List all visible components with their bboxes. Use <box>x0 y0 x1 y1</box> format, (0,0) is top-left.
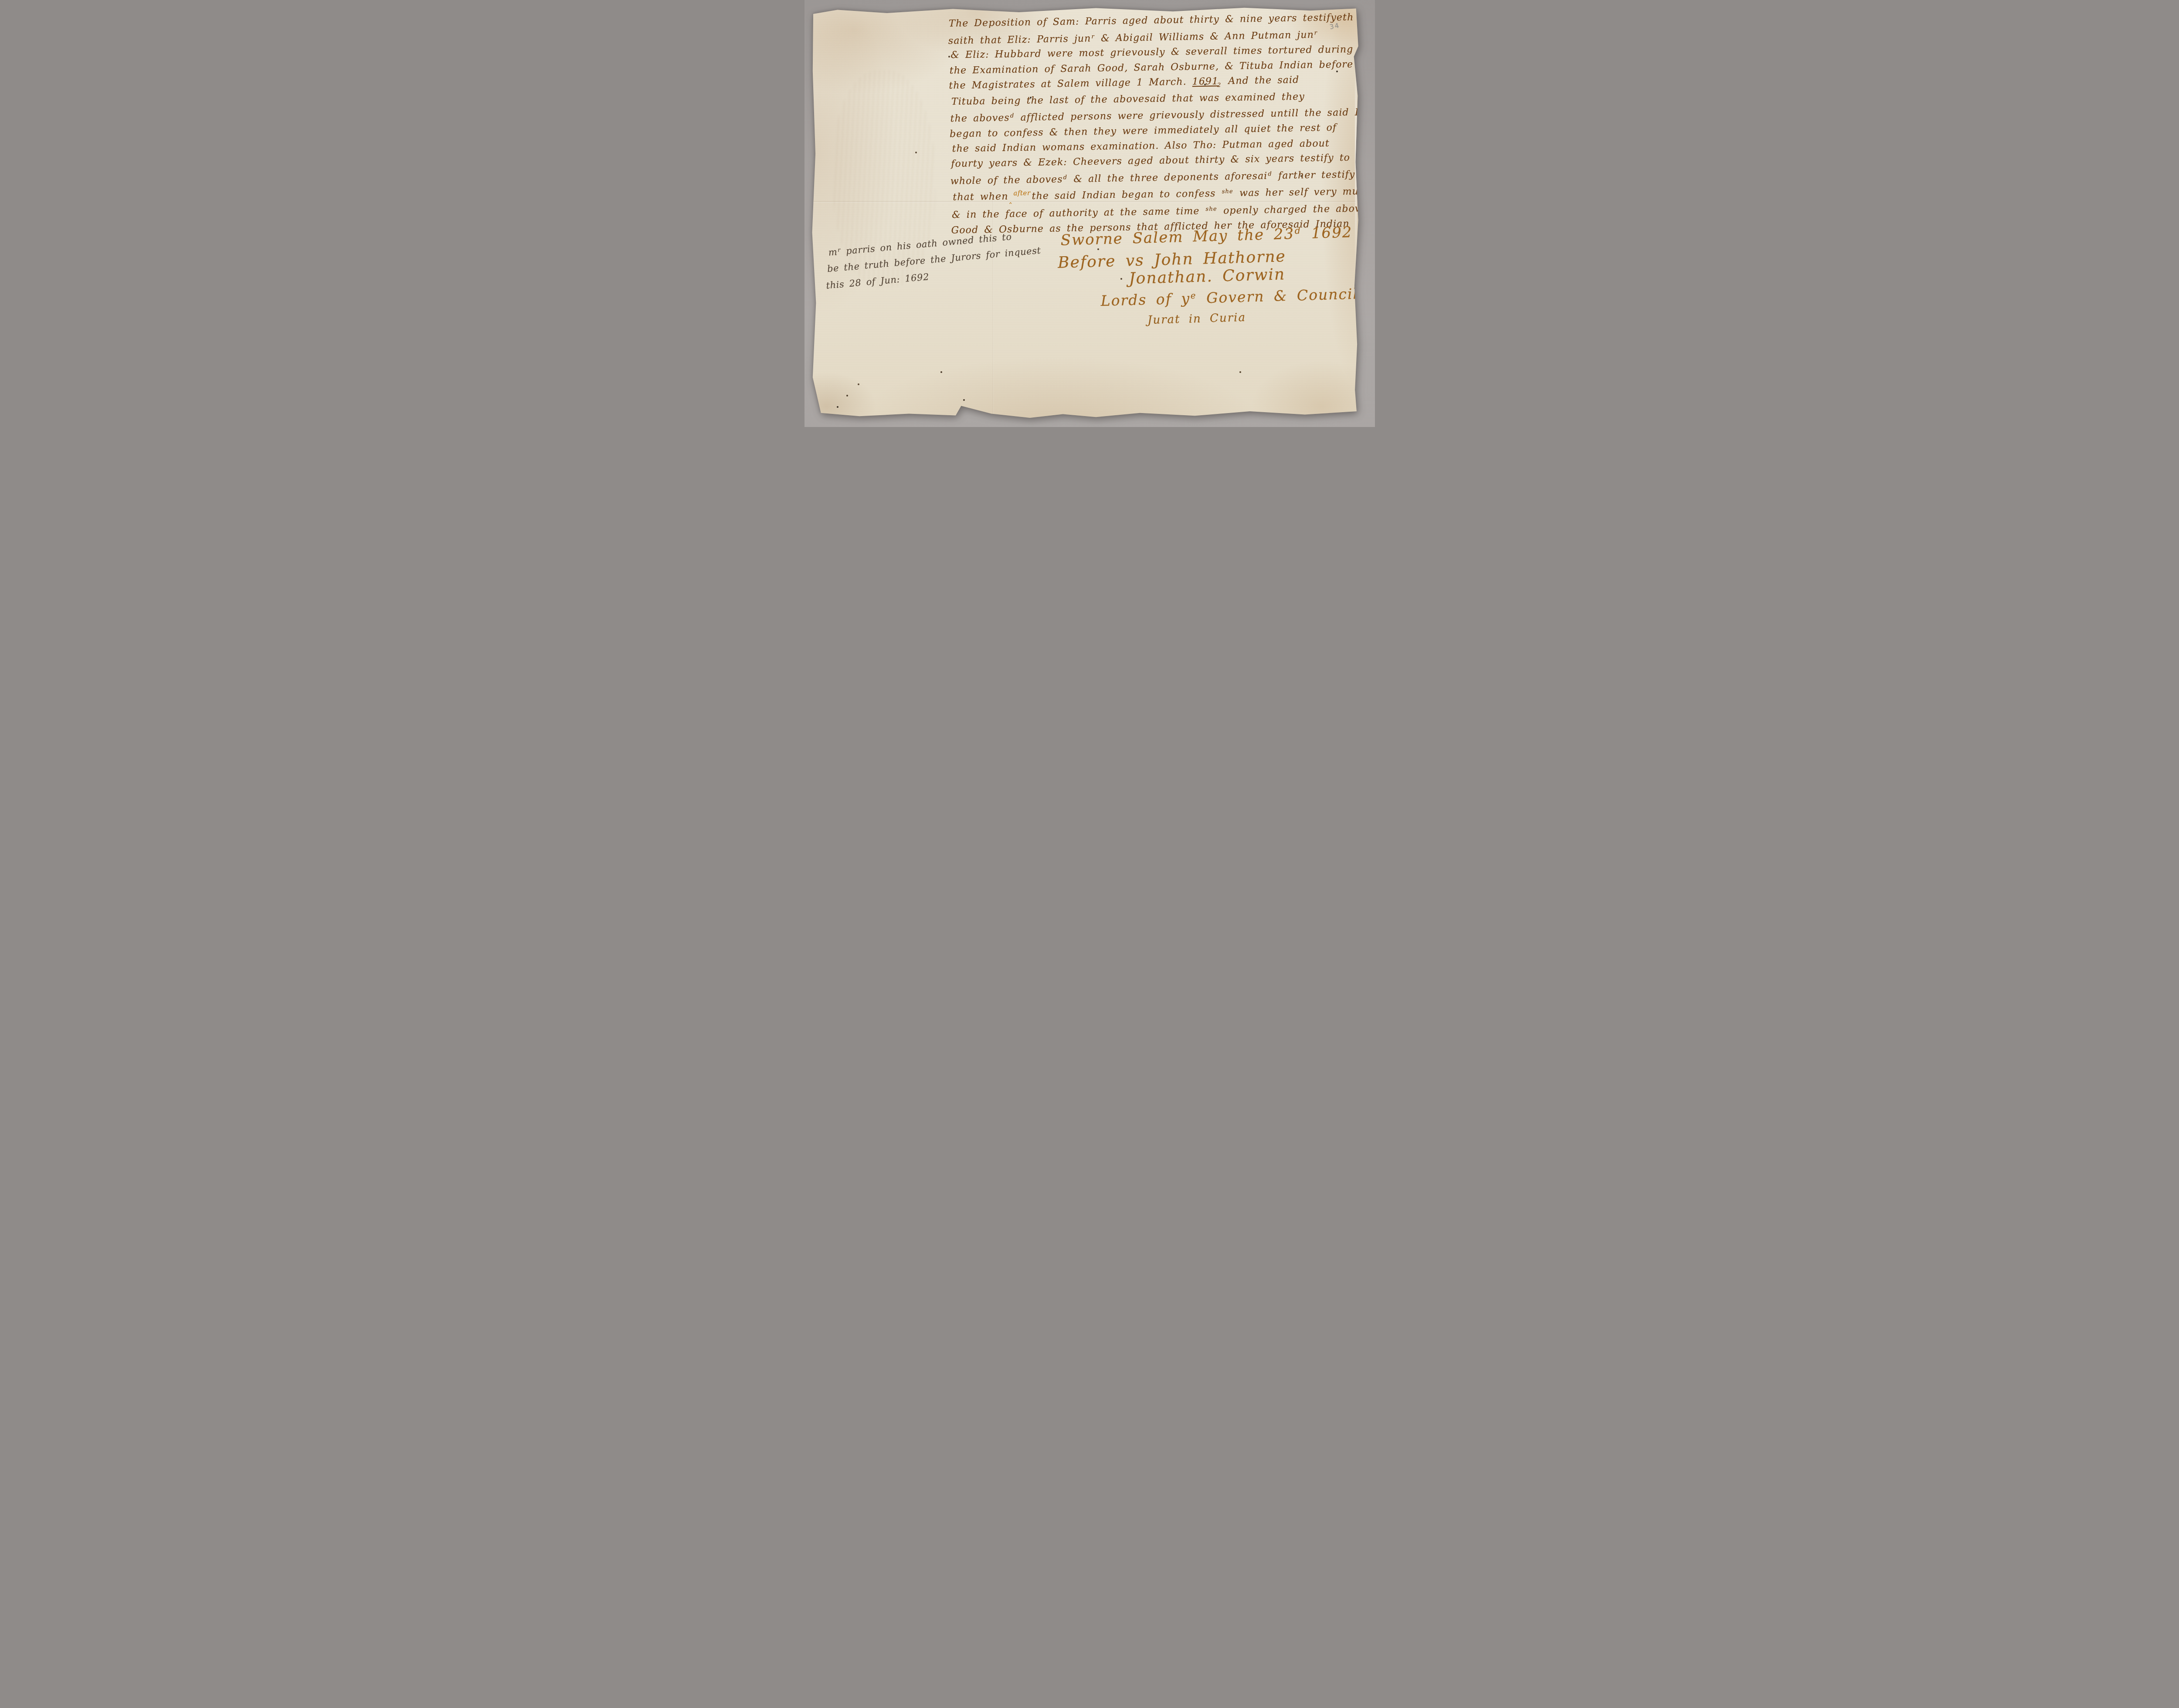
manuscript-text: r <box>837 247 841 254</box>
manuscript-text: Tituba being the last of the abovesaid t… <box>951 91 1304 107</box>
manuscript-text: r <box>1091 33 1095 40</box>
ink-specks <box>810 5 811 6</box>
manuscript-text: openly charged the abovesaid <box>1217 203 1375 216</box>
manuscript-text: that when <box>953 191 1008 203</box>
manuscript-text: d <box>1063 174 1067 180</box>
manuscript-text: the Magistrates at Salem village 1 March… <box>949 76 1192 91</box>
manuscript-text: farther testify <box>1272 169 1355 181</box>
manuscript-text: Jurat in Curia <box>1147 311 1246 327</box>
manuscript-text: ‸ <box>1009 196 1012 204</box>
manuscript-text: whole of the aboves <box>950 174 1062 186</box>
manuscript-text: d <box>1294 225 1301 236</box>
manuscript-text: d <box>1268 171 1272 177</box>
manuscript-text: Sworne Salem May the 23 <box>1060 225 1294 249</box>
deposition-body: The Deposition of Sam: Parris aged about… <box>949 10 1371 238</box>
manuscript-line: Jurat in Curia <box>1147 307 1364 328</box>
scan-backdrop: 34 The Deposition of Sam: Parris aged ab… <box>804 0 1375 427</box>
attestation-block: Sworne Salem May the 23d 1692Before vs J… <box>1054 219 1364 330</box>
manuscript-text: she <box>1205 206 1217 212</box>
manuscript-text: 2 <box>1217 82 1221 89</box>
manuscript-text: And the said <box>1222 75 1299 87</box>
manuscript-text: the aboves <box>950 112 1010 124</box>
manuscript-text: she <box>1222 188 1233 195</box>
manuscript-text: m <box>828 247 838 258</box>
manuscript-text: e <box>1190 291 1196 301</box>
manuscript-text: & Abigail Williams & Ann Putman jun <box>1095 29 1314 44</box>
manuscript-text: & all the three deponents aforesai <box>1068 170 1268 185</box>
manuscript-text: saith that Eliz: Parris jun <box>948 33 1091 46</box>
manuscript-text: 1692 <box>1301 224 1352 242</box>
manuscript-text: d <box>1010 113 1014 119</box>
manuscript-text: Lords of y <box>1100 290 1190 309</box>
manuscript-text: 1691 <box>1192 76 1218 87</box>
manuscript-paper: 34 The Deposition of Sam: Parris aged ab… <box>810 5 1360 419</box>
manuscript-text: the said Indian began to confess <box>1032 188 1221 202</box>
manuscript-paper-wrap: 34 The Deposition of Sam: Parris aged ab… <box>810 5 1360 419</box>
manuscript-text: & in the face of authority at the same t… <box>951 206 1205 220</box>
manuscript-text: r <box>1314 30 1317 36</box>
inserted-word: after <box>1013 189 1030 197</box>
manuscript-text: Govern & Councill <box>1197 285 1364 307</box>
manuscript-text: was her self very much afflicted <box>1233 185 1375 199</box>
